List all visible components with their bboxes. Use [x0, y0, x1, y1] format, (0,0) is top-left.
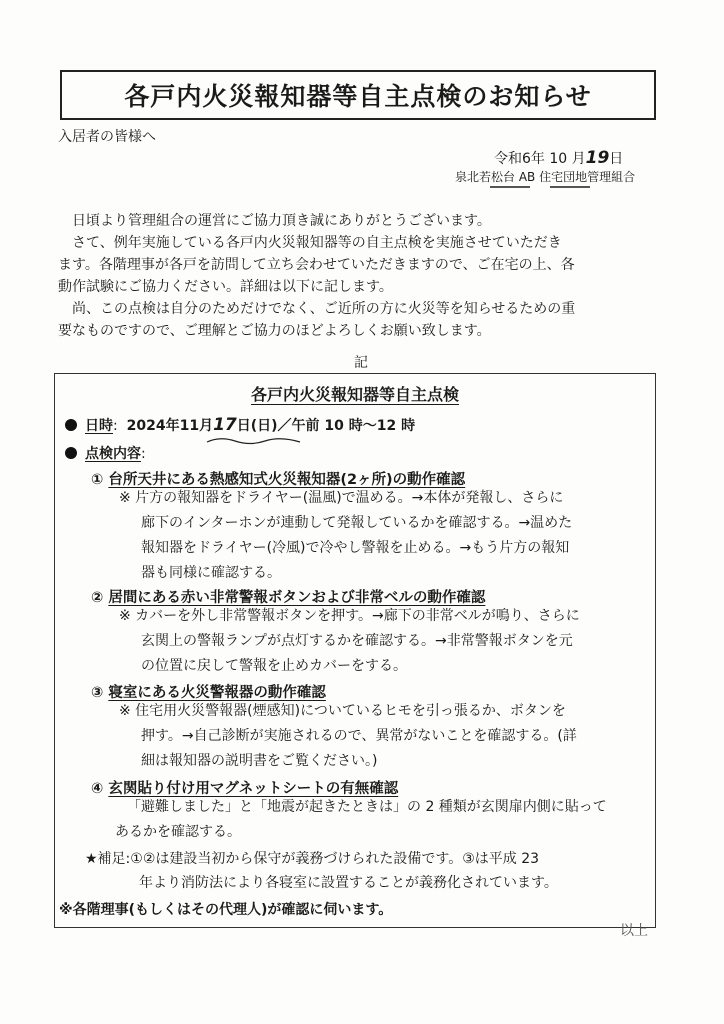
cut-off-line	[490, 184, 640, 188]
supplement-line-1: ★補足:①②は建設当初から保守が義務づけられた設備です。③は平成 23	[85, 847, 539, 871]
item-4-note-line-2: あるかを確認する。	[115, 820, 241, 844]
paragraph-3-line-1: 尚、この点検は自分のためだけでなく、ご近所の方に火災等を知らせるための重	[58, 298, 668, 320]
item-3-note-line-2: 押す。→自己診断が実施されるので、異常がないことを確認する。(詳	[141, 724, 577, 748]
item-2-note-line-1: ※ カバーを外し非常警報ボタンを押す。→廊下の非常ベルが鳴り、さらに	[119, 604, 580, 628]
issue-date: 令和6年 10 月19日	[494, 148, 623, 168]
paragraph-1: 日頃より管理組合の運営にご協力頂き誠にありがとうございます。	[58, 210, 668, 232]
notice-title: 各戸内火災報知器等自主点検のお知らせ	[60, 70, 656, 120]
bullet-icon	[65, 447, 77, 459]
datetime-label: 日時	[85, 418, 113, 434]
item-4-note-line-1: 「避難しました」と「地震が起きたときは」の 2 種類が玄関扉内側に貼って	[127, 795, 607, 819]
item-1-note-line-2: 廊下のインターホンが連動して発報しているかを確認する。→温めた	[141, 511, 572, 535]
closing-note: ※各階理事(もしくはその代理人)が確認に伺います。	[59, 898, 392, 922]
item-1-note-line-4: 器も同様に確認する。	[141, 561, 281, 585]
content-label: 点検内容	[85, 446, 141, 462]
content-row: 点検内容:	[65, 443, 146, 463]
ki-mark: 記	[354, 352, 368, 372]
datetime-prefix: 2024年11月	[127, 418, 213, 434]
addressee: 入居者の皆様へ	[58, 126, 156, 146]
datetime-suffix: 日(日)／午前 10 時〜12 時	[237, 418, 415, 434]
details-box: 各戸内火災報知器等自主点検 日時: 2024年11月17日(日)／午前 10 時…	[54, 373, 656, 928]
date-suffix: 日	[609, 151, 623, 167]
date-day-handwritten: 19	[586, 148, 610, 168]
date-prefix: 令和6年 10 月	[494, 151, 586, 167]
item-1-note-line-3: 報知器をドライヤー(冷風)で冷やし警報を止める。→もう片方の報知	[141, 536, 569, 560]
details-title: 各戸内火災報知器等自主点検	[55, 382, 655, 405]
paragraph-2-line-3: 動作試験にご協力ください。詳細は以下に記します。	[58, 276, 668, 298]
item-1-note-line-1: ※ 片方の報知器をドライヤー(温風)で温める。→本体が発報し、さらに	[119, 486, 563, 510]
organization: 泉北若松台 AB 住宅団地管理組合	[455, 168, 635, 185]
intro-body: 日頃より管理組合の運営にご協力頂き誠にありがとうございます。 さて、例年実施して…	[58, 210, 668, 342]
item-2-note-line-2: 玄関上の警報ランプが点灯するかを確認する。→非常警報ボタンを元	[141, 629, 573, 653]
paragraph-3-line-2: 要なものですので、ご理解とご協力のほどよろしくお願い致します。	[58, 320, 668, 342]
item-3-note-line-1: ※ 住宅用火災警報器(煙感知)についているヒモを引っ張るか、ボタンを	[119, 699, 566, 723]
end-mark: 以上	[620, 920, 648, 940]
paragraph-2-line-2: ます。各階理事が各戸を訪問して立ち会わせていただきますので、ご在宅の上、各	[58, 254, 668, 276]
item-2-note-line-3: の位置に戻して警報を止めカバーをする。	[141, 654, 407, 678]
supplement-line-2: 年より消防法により各寝室に設置することが義務化されています。	[139, 871, 558, 895]
bullet-icon	[65, 419, 77, 431]
item-3-note-line-3: 細は報知器の説明書をご覧ください。)	[141, 749, 377, 773]
handwritten-squiggle-icon	[205, 436, 305, 446]
datetime-row: 日時: 2024年11月17日(日)／午前 10 時〜12 時	[65, 415, 415, 435]
paragraph-2-line-1: さて、例年実施している各戸内火災報知器等の自主点検を実施させていただき	[58, 232, 668, 254]
datetime-day-handwritten: 17	[213, 415, 237, 435]
